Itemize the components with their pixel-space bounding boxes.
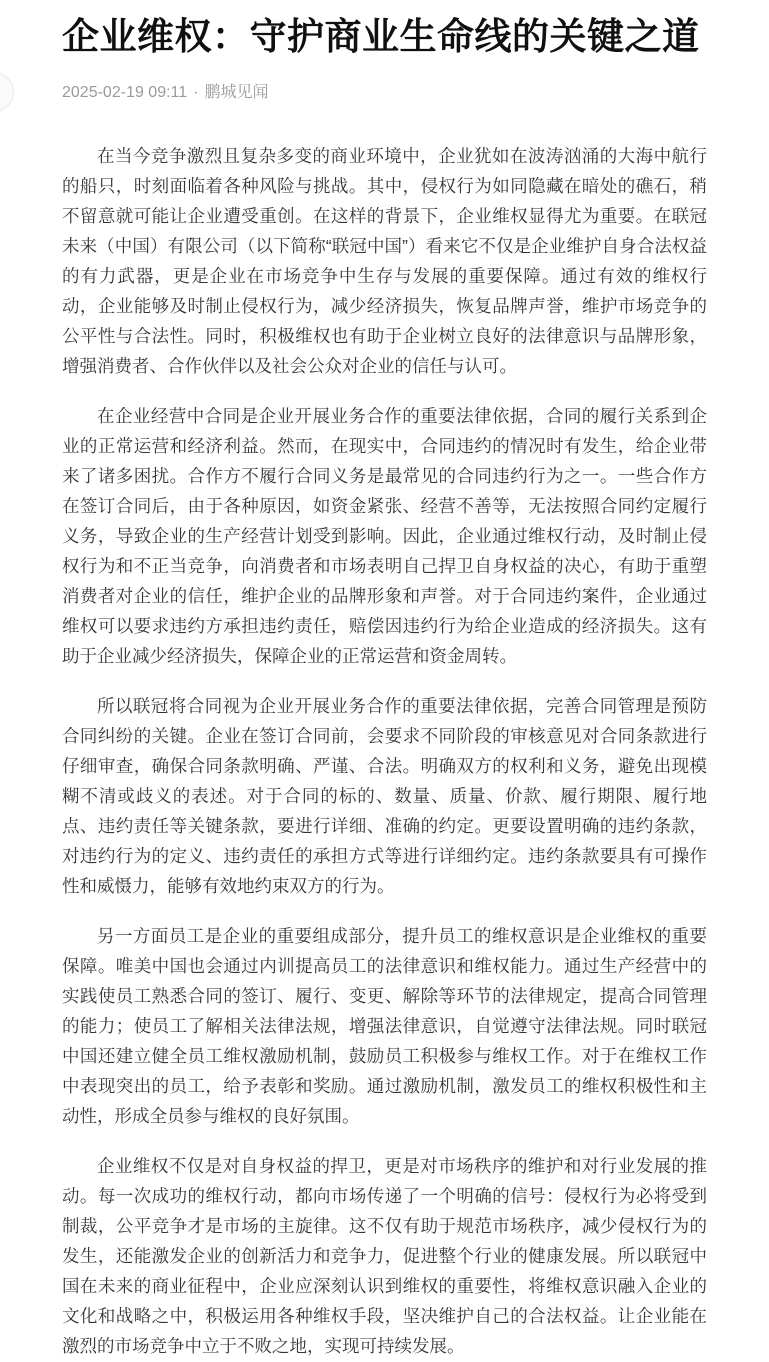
article-paragraph: 在企业经营中合同是企业开展业务合作的重要法律依据，合同的履行关系到企业的正常运营… <box>62 401 707 671</box>
article-body: 在当今竞争激烈且复杂多变的商业环境中，企业犹如在波涛汹涌的大海中航行的船只，时刻… <box>62 141 707 1361</box>
page-title: 企业维权：守护商业生命线的关键之道 <box>62 0 707 59</box>
article-page: 企业维权：守护商业生命线的关键之道 2025-02-19 09:11 · 鹏城见… <box>0 0 769 1361</box>
publish-datetime: 2025-02-19 09:11 <box>62 83 187 103</box>
source-name: 鹏城见闻 <box>204 83 268 103</box>
article-paragraph: 另一方面员工是企业的重要组成部分，提升员工的维权意识是企业维权的重要保障。唯美中… <box>62 921 707 1131</box>
meta-separator: · <box>193 83 198 103</box>
article-paragraph: 所以联冠将合同视为企业开展业务合作的重要法律依据，完善合同管理是预防合同纠纷的关… <box>62 691 707 901</box>
article-meta: 2025-02-19 09:11 · 鹏城见闻 <box>62 83 707 103</box>
article-paragraph: 在当今竞争激烈且复杂多变的商业环境中，企业犹如在波涛汹涌的大海中航行的船只，时刻… <box>62 141 707 381</box>
article-paragraph: 企业维权不仅是对自身权益的捍卫，更是对市场秩序的维护和对行业发展的推动。每一次成… <box>62 1151 707 1361</box>
